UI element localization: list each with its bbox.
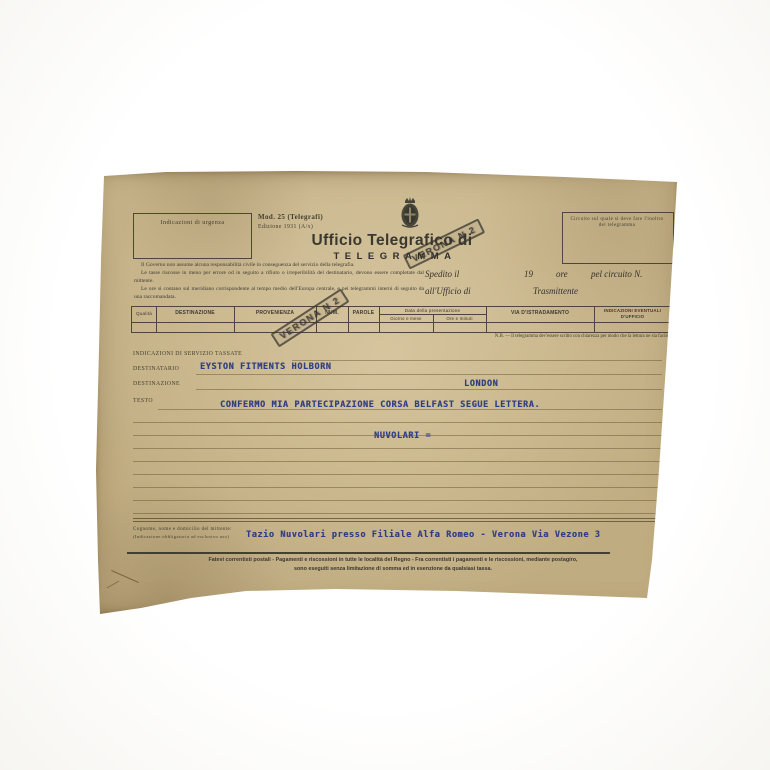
notice-line: Le ore si contano sul meridiano corrispo… xyxy=(134,286,424,301)
form-model: Mod. 25 (Telegrafi) xyxy=(258,213,323,221)
circuit-box: Circuito sul quale si deve fare l'inoltr… xyxy=(562,212,674,264)
transmitting-label: Trasmittente xyxy=(533,286,578,296)
service-label: INDICAZIONI DI SERVIZIO TASSATE xyxy=(133,351,242,357)
typed-destinazione: LONDON xyxy=(464,379,498,389)
ruled-line xyxy=(133,500,662,501)
double-rule xyxy=(133,518,665,519)
urgency-box: Indicazioni di urgenza xyxy=(133,213,252,259)
routing-table: Qualità DESTINAZIONE PROVENIENZA NUM. PA… xyxy=(131,306,672,333)
sent-ore: ore xyxy=(556,269,568,279)
typed-signature: NUVOLARI = xyxy=(374,431,431,441)
col-parole: PAROLE xyxy=(348,311,379,317)
paper-crack xyxy=(107,581,120,589)
ruled-line xyxy=(133,448,662,449)
sent-circuit: pel circuito N. xyxy=(591,269,642,279)
typed-destinatario: EYSTON FITMENTS HOLBORN xyxy=(200,362,332,372)
ruled-line xyxy=(133,422,662,423)
sent-year: 19 xyxy=(524,269,533,279)
ruled-line xyxy=(196,389,662,390)
col-via: VIA D'ISTRADAMENTO xyxy=(486,311,594,317)
postal-notice-line2: sono eseguiti senza limitazione di somma… xyxy=(133,566,653,572)
ruled-line xyxy=(133,435,662,436)
sub-giorno: Giorno e mese xyxy=(379,316,433,322)
photo-background: Indicazioni di urgenza Mod. 25 (Telegraf… xyxy=(0,0,770,770)
nb-note: N.B. — Il telegramma dev'essere scritto … xyxy=(350,334,670,339)
typed-sender: Tazio Nuvolari presso Filiale Alfa Romeo… xyxy=(246,530,600,540)
ruled-line xyxy=(133,513,662,514)
ruled-line xyxy=(133,461,662,462)
form-edition: Edizione 1931 (A/x) xyxy=(258,224,313,230)
footer-rule xyxy=(127,552,610,554)
double-rule xyxy=(133,521,665,522)
col-indicazioni: INDICAZIONI EVENTUALI D'UFFICIO xyxy=(594,308,671,319)
sent-label: Spedito il xyxy=(425,269,459,279)
office-of-label: all'Ufficio di xyxy=(425,286,471,296)
ruled-line xyxy=(133,487,662,488)
col-data-group: Data della presentazione xyxy=(379,308,486,314)
notice-line: Il Governo non assume alcuna responsabil… xyxy=(134,262,424,269)
sender-note: (Indicazione obbligatoria ad esclusivo u… xyxy=(133,534,229,539)
ruled-line xyxy=(292,360,662,361)
col-destinazione: DESTINAZIONE xyxy=(156,311,234,317)
telegramma-title: TELEGRAMMA xyxy=(272,251,518,262)
circuit-label: Circuito sul quale si deve fare l'inoltr… xyxy=(567,217,667,230)
postal-notice-line1: Fatevi correntisti postali - Pagamenti e… xyxy=(133,557,653,563)
savoy-crest-icon xyxy=(399,196,421,230)
testo-label: TESTO xyxy=(133,398,153,404)
col-qualita: Qualità xyxy=(132,311,156,317)
sender-label: Cognome, nome e domicilio del mittente: xyxy=(133,527,232,532)
ruled-line xyxy=(133,474,662,475)
destinazione-label: DESTINAZIONE xyxy=(133,381,180,387)
urgency-label: Indicazioni di urgenza xyxy=(134,219,251,226)
destinatario-label: DESTINATARIO xyxy=(133,366,179,372)
ruled-line xyxy=(158,409,662,410)
notice-line: Le tasse riscosse in meno per errore od … xyxy=(134,270,424,285)
ruled-line xyxy=(196,374,662,375)
telegram-sheet: Indicazioni di urgenza Mod. 25 (Telegraf… xyxy=(96,170,678,614)
legal-notices: Il Governo non assume alcuna responsabil… xyxy=(134,262,424,302)
sub-ore: Ore e minuti xyxy=(433,316,486,322)
